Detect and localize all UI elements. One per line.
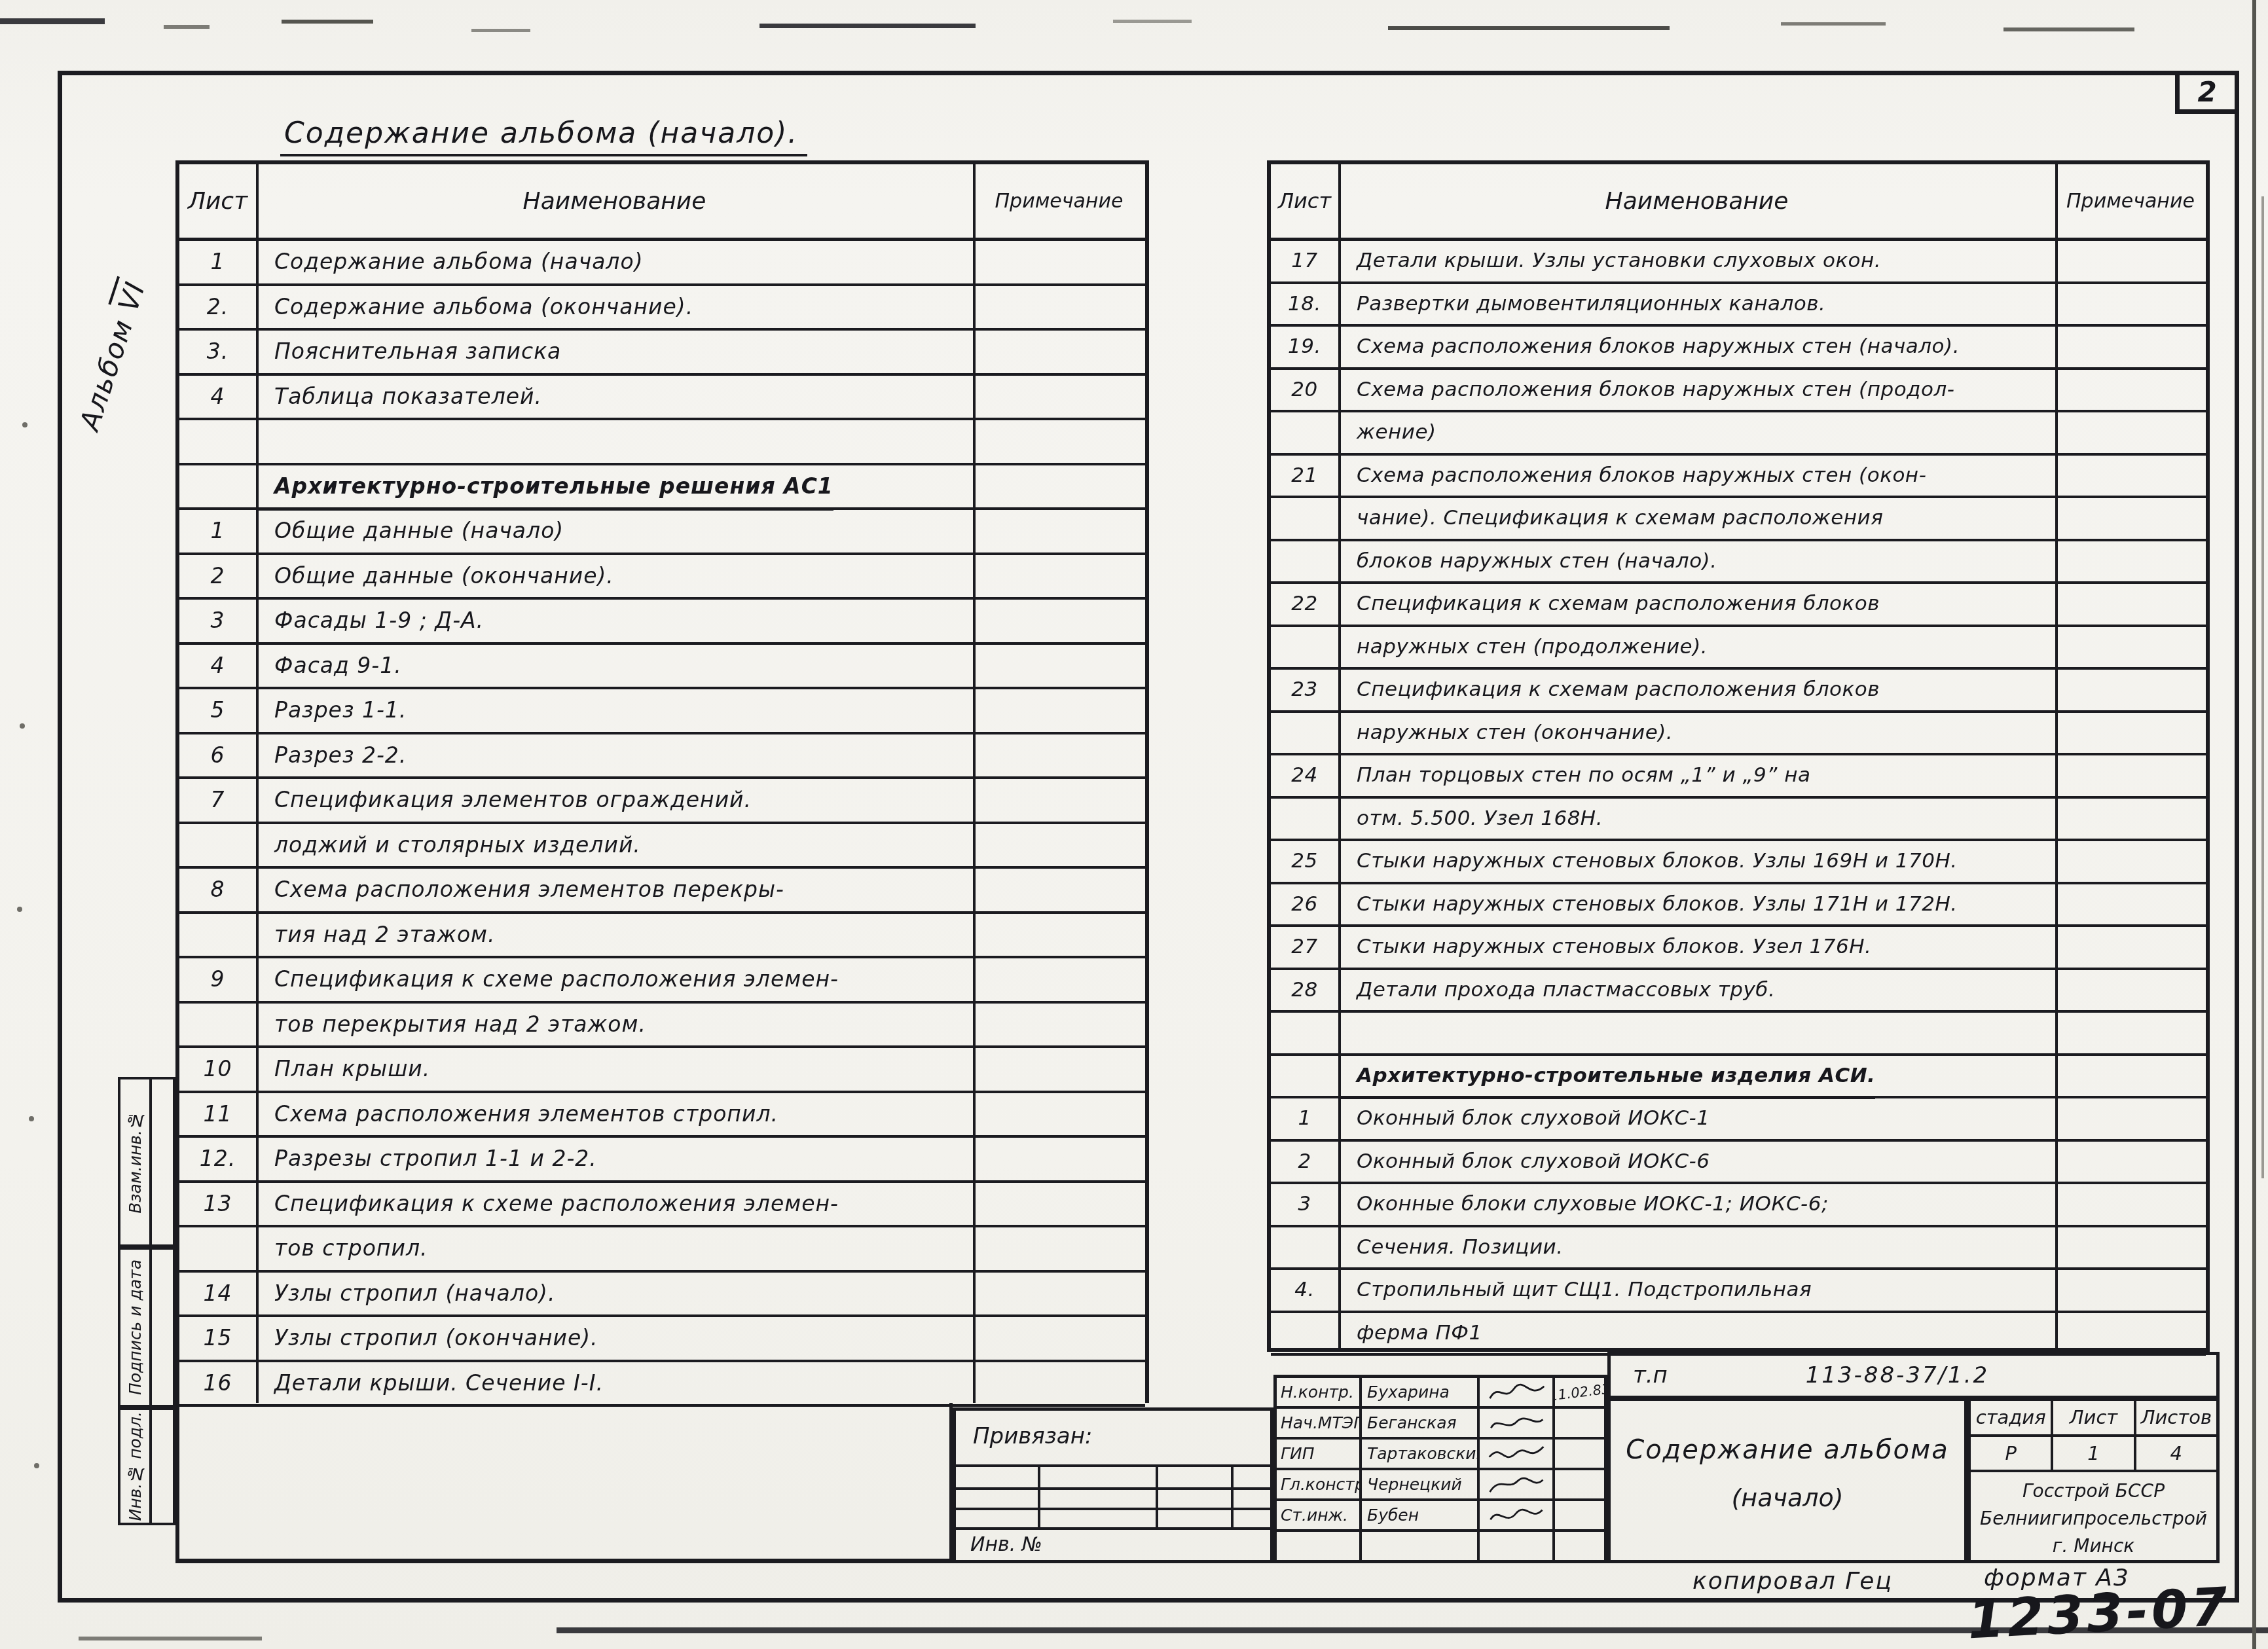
table-row: 5Разрез 1-1.: [179, 689, 1145, 734]
col-name: Наименование: [1338, 188, 2055, 215]
table-row: 13Спецификация к схеме расположения элем…: [179, 1183, 1145, 1228]
scan-noise: [22, 422, 27, 427]
signature-icon: [1486, 1441, 1546, 1466]
table-row: 22Спецификация к схемам расположения бло…: [1271, 584, 2206, 627]
scan-noise: [1113, 20, 1192, 23]
contents-table-right: Лист Наименование Примечание 17Детали кр…: [1267, 160, 2210, 1352]
signature-icon: [1486, 1472, 1546, 1497]
col-note: Примечание: [973, 190, 1145, 213]
scan-noise: [34, 1463, 39, 1468]
table-row: наружных стен (продолжение).: [1271, 627, 2206, 670]
table-row: жение): [1271, 412, 2206, 456]
table-row: 4.Стропильный щит СЩ1. Подстропильная: [1271, 1270, 2206, 1313]
table-row: 3.Пояснительная записка: [179, 331, 1145, 376]
sheet-value: 1: [2053, 1437, 2136, 1470]
table-row: 8Схема расположения элементов перекры-: [179, 869, 1145, 914]
binding-block: Привязан: Инв. №: [953, 1407, 1273, 1563]
stamp-box: Подпись и дата: [118, 1247, 175, 1407]
signature-icon: [1486, 1380, 1546, 1405]
table-row: 12.Разрезы стропил 1-1 и 2-2.: [179, 1138, 1145, 1183]
table-row: 9Спецификация к схеме расположения элеме…: [179, 958, 1145, 1004]
table-row: 11Схема расположения элементов стропил.: [179, 1093, 1145, 1138]
inventory-label: Инв. №: [956, 1530, 1270, 1560]
tp-number: 113-88-37/1.2: [1806, 1362, 1990, 1388]
scan-noise: [20, 723, 25, 729]
signature-row: Ст.инж. Бубен: [1277, 1501, 1604, 1532]
scan-noise: [2003, 27, 2134, 31]
page-number: 2: [2197, 76, 2216, 108]
scan-noise: [1781, 22, 1886, 26]
table-row: 1Общие данные (начало): [179, 510, 1145, 555]
table-row: 16Детали крыши. Сечение I-I.: [179, 1362, 1145, 1407]
organization-cell: Госстрой БССР Белниигипросельстрой г. Ми…: [1971, 1472, 2216, 1560]
col-note: Примечание: [2055, 190, 2206, 213]
scan-noise: [17, 907, 22, 912]
table-row: 4Фасад 9-1.: [179, 645, 1145, 690]
stamp-label: Инв.№ подл.: [120, 1410, 152, 1523]
tp-label: т.п: [1633, 1362, 1668, 1388]
section-header-row: Архитектурно-строительные решения АС1: [179, 465, 1145, 511]
copied-by-note: копировал Гец: [1692, 1568, 1893, 1595]
table-row: 2Оконный блок слуховой ИОКС-6: [1271, 1142, 2206, 1185]
table-row: 2.Содержание альбома (окончание).: [179, 286, 1145, 331]
table-row: 25Стыки наружных стеновых блоков. Узлы 1…: [1271, 841, 2206, 884]
signature-row: ГИП Тартаковский: [1277, 1440, 1604, 1470]
scan-noise: [471, 29, 530, 32]
table-row: 27Стыки наружных стеновых блоков. Узел 1…: [1271, 927, 2206, 970]
table-row: 24План торцовых стен по осям „1” и „9” н…: [1271, 755, 2206, 799]
table-row: ферма ПФ1: [1271, 1313, 2206, 1356]
signature-row: Гл.констр. Чернецкий: [1277, 1470, 1604, 1501]
table-row: блоков наружных стен (начало).: [1271, 541, 2206, 585]
table-row: 4Таблица показателей.: [179, 376, 1145, 421]
scan-noise: [759, 24, 976, 28]
doc-title-cell: Содержание альбома (начало): [1607, 1398, 1967, 1563]
stage-header-row: стадия Лист Листов: [1971, 1401, 2216, 1437]
scan-noise: [2261, 196, 2264, 1178]
left-table-empty-tail: [175, 1403, 953, 1563]
table-row: чание). Спецификация к схемам расположен…: [1271, 498, 2206, 541]
section-header-row: Архитектурно-строительные изделия АСИ.: [1271, 1056, 2206, 1099]
page-title: Содержание альбома (начало).: [280, 117, 807, 156]
signature-row: Н.контр. Бухарина 11.02.83: [1277, 1378, 1604, 1409]
table-row: 7Спецификация элементов ограждений.: [179, 779, 1145, 824]
table-row: [1271, 1013, 2206, 1056]
scan-noise: [282, 20, 373, 24]
type-project-cell: т.п 113-88-37/1.2: [1607, 1352, 2220, 1399]
col-sheet: Лист: [179, 188, 256, 215]
signature-icon: [1486, 1411, 1546, 1436]
table-row: наружных стен (окончание).: [1271, 713, 2206, 756]
table-row: тов стропил.: [179, 1227, 1145, 1273]
table-row: [179, 420, 1145, 465]
table-row: тия над 2 этажом.: [179, 914, 1145, 959]
binding-label: Привязан:: [956, 1411, 1270, 1467]
stage-value: Р: [1971, 1437, 2053, 1470]
stamp-box: Взам.инв.№: [118, 1077, 175, 1247]
table-row: 10План крыши.: [179, 1048, 1145, 1093]
table-row: 3Фасады 1-9 ; Д-А.: [179, 600, 1145, 645]
table-row: 26Стыки наружных стеновых блоков. Узлы 1…: [1271, 884, 2206, 928]
scan-noise: [2252, 0, 2256, 1649]
table-row: 1Содержание альбома (начало): [179, 241, 1145, 286]
stamp-box: Инв.№ подл.: [118, 1407, 175, 1525]
sheets-value: 4: [2136, 1437, 2216, 1470]
stage-values-row: Р 1 4: [1971, 1437, 2216, 1473]
stage-grid: стадия Лист Листов Р 1 4 Госстрой БССР Б…: [1967, 1398, 2220, 1563]
table-row: 20Схема расположения блоков наружных сте…: [1271, 370, 2206, 413]
table-row: 1Оконный блок слуховой ИОКС-1: [1271, 1098, 2206, 1142]
scan-noise: [1388, 26, 1670, 30]
signature-icon: [1486, 1503, 1546, 1528]
binding-grid: [956, 1467, 1270, 1530]
doc-title-line1: Содержание альбома: [1611, 1435, 1964, 1465]
table-row: 19.Схема расположения блоков наружных ст…: [1271, 327, 2206, 370]
table-row: отм. 5.500. Узел 168Н.: [1271, 799, 2206, 842]
signatures-block: Н.контр. Бухарина 11.02.83 Нач.МТЭП Бега…: [1273, 1375, 1607, 1563]
table-row: лоджий и столярных изделий.: [179, 824, 1145, 869]
table-row: 14Узлы стропил (начало).: [179, 1273, 1145, 1318]
signature-row-empty: [1277, 1532, 1604, 1560]
stamp-label: Взам.инв.№: [120, 1079, 152, 1244]
table-header: Лист Наименование Примечание: [1271, 164, 2206, 241]
scan-noise: [79, 1637, 262, 1640]
scan-noise: [0, 18, 105, 24]
page-number-box: 2: [2175, 71, 2239, 114]
table-row: 17Детали крыши. Узлы установки слуховых …: [1271, 241, 2206, 284]
table-row: 18.Развертки дымовентиляционных каналов.: [1271, 284, 2206, 327]
sheets-label: Листов: [2136, 1401, 2216, 1434]
col-name: Наименование: [256, 188, 973, 215]
drawing-sheet: 2 Альбом VI Взам.инв.№ Подпись и дата Ин…: [0, 0, 2268, 1649]
table-row: тов перекрытия над 2 этажом.: [179, 1004, 1145, 1049]
stamp-label: Подпись и дата: [120, 1250, 152, 1405]
table-header: Лист Наименование Примечание: [179, 164, 1145, 241]
stage-label: стадия: [1971, 1401, 2053, 1434]
signature-row: Нач.МТЭП Беганская: [1277, 1409, 1604, 1440]
table-row: 28Детали прохода пластмассовых труб.: [1271, 970, 2206, 1013]
scan-noise: [164, 25, 210, 29]
table-row: 21Схема расположения блоков наружных сте…: [1271, 456, 2206, 499]
contents-table-left: Лист Наименование Примечание 1Содержание…: [175, 160, 1149, 1403]
doc-title-line2: (начало): [1611, 1483, 1964, 1512]
table-row: Сечения. Позиции.: [1271, 1227, 2206, 1271]
table-row: 15Узлы стропил (окончание).: [179, 1317, 1145, 1362]
table-row: 6Разрез 2-2.: [179, 734, 1145, 780]
table-row: 3Оконные блоки слуховые ИОКС-1; ИОКС-6;: [1271, 1184, 2206, 1227]
table-row: 2Общие данные (окончание).: [179, 555, 1145, 600]
sheet-label: Лист: [2053, 1401, 2136, 1434]
col-sheet: Лист: [1271, 189, 1338, 213]
scan-noise: [29, 1116, 34, 1121]
table-row: 23Спецификация к схемам расположения бло…: [1271, 670, 2206, 713]
